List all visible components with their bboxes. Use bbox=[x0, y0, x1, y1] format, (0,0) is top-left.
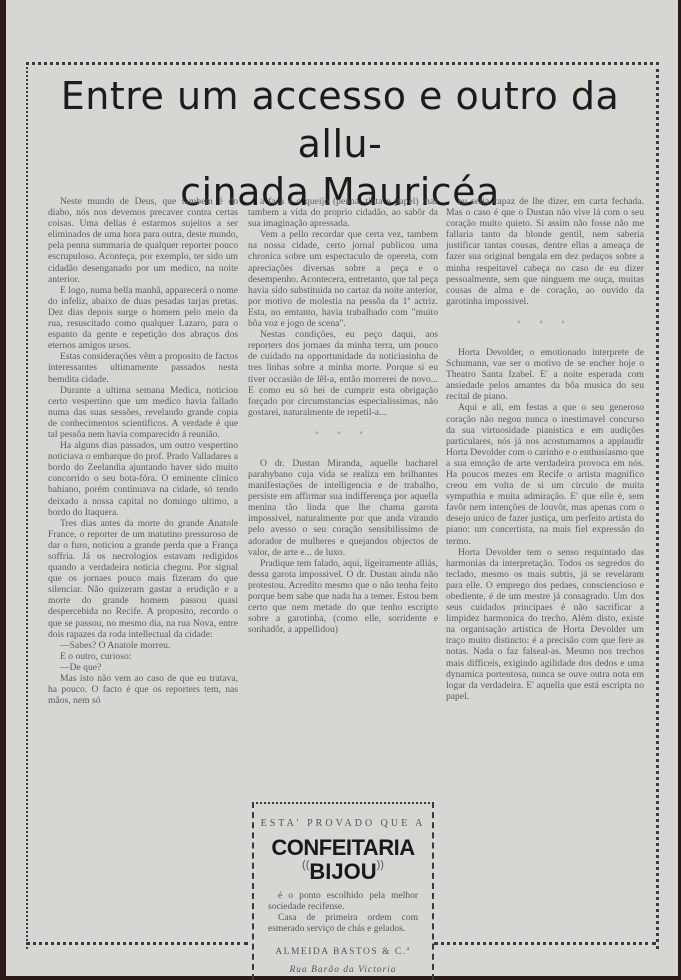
ad-firm-name: ALMEIDA BASTOS & C.ª bbox=[254, 947, 432, 957]
ad-body-line: é o ponto escolhido pela melhor sociedad… bbox=[268, 891, 418, 913]
ad-body-line: Casa de primeira ordem com esmerado serv… bbox=[268, 913, 418, 935]
paragraph: Pradique tem falado, aqui, ligeiramente … bbox=[248, 558, 438, 636]
paragraph: Ha alguns dias passados, um outro vesper… bbox=[48, 440, 238, 518]
paragraph: O dr. Dustan Miranda, aquelle bacharel p… bbox=[248, 458, 438, 558]
close-quote: )) bbox=[377, 859, 384, 871]
headline-line-1: Entre um accesso e outro da allu- bbox=[30, 72, 650, 168]
ad-business-subname: ((BIJOU)) bbox=[254, 859, 432, 885]
ad-description: é o ponto escolhido pela melhor sociedad… bbox=[268, 891, 418, 935]
paragraph: Nestas condições, eu peço daqui, aos rep… bbox=[248, 329, 438, 418]
column-1: Neste mundo de Deus, que tambem é do dia… bbox=[48, 196, 238, 706]
ad-business-name: CONFEITARIA bbox=[254, 835, 432, 861]
confeitaria-bijou-advertisement: ESTA' PROVADO QUE A CONFEITARIA ((BIJOU)… bbox=[252, 802, 434, 976]
paragraph: a faca e o queijo (penna, tinta e papel)… bbox=[248, 196, 438, 229]
dialog-line: —De que? bbox=[48, 662, 238, 673]
section-ornament: ◦ ◦ ◦ bbox=[248, 428, 438, 440]
paragraph: Vem a pello recordar que certa vez, tamb… bbox=[248, 229, 438, 329]
column-3: eu seria capaz de lhe dizer, em carta fe… bbox=[446, 196, 644, 702]
paragraph: Aqui e ali, em festas a que o seu genero… bbox=[446, 402, 644, 546]
ad-bijou-text: BIJOU bbox=[309, 859, 376, 884]
section-ornament: ◦ ◦ ◦ bbox=[446, 317, 644, 329]
paragraph: Neste mundo de Deus, que tambem é do dia… bbox=[48, 196, 238, 285]
dialog-line: E o outro, curioso: bbox=[48, 651, 238, 662]
article-border-bottom-left bbox=[26, 942, 248, 945]
ad-address: Rua Barão da Victoria bbox=[254, 965, 432, 975]
article-border-bottom-right bbox=[434, 942, 656, 945]
paragraph: eu seria capaz de lhe dizer, em carta fe… bbox=[446, 196, 644, 307]
ad-tagline: ESTA' PROVADO QUE A bbox=[254, 818, 432, 829]
paragraph: Durante a ultima semana Medica, noticiou… bbox=[48, 385, 238, 440]
paragraph: Horta Devolder, o emotionado interprete … bbox=[446, 347, 644, 402]
paragraph: Estas considerações vêm a proposito de f… bbox=[48, 351, 238, 384]
paragraph: Mas isto não vem ao caso de que eu trata… bbox=[48, 673, 238, 706]
column-2: a faca e o queijo (penna, tinta e papel)… bbox=[248, 196, 438, 635]
paragraph: Horta Devolder tem o senso requintado da… bbox=[446, 547, 644, 702]
article-headline: Entre um accesso e outro da allu- cinada… bbox=[30, 72, 650, 216]
dialog-line: —Sabes? O Anatole morreu. bbox=[48, 640, 238, 651]
paragraph: E logo, numa bella manhã, apparecerá o n… bbox=[48, 285, 238, 352]
paragraph: Tres dias antes da morte do grande Anato… bbox=[48, 518, 238, 640]
